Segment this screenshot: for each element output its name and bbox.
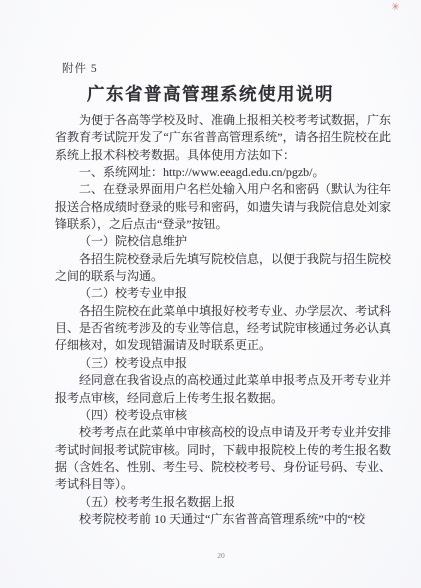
red-ink-mark: ✳: [390, 2, 400, 14]
body-paragraph-section-5: 校考院校考前 10 天通过“广东省普高管理系统”中的“校: [55, 511, 391, 528]
section-heading-1: （一）院校信息维护: [55, 233, 391, 250]
document-page: ✳ 附件 5 广东省普高管理系统使用说明 为便于各高等学校及时、准确上报相关校考…: [0, 0, 421, 588]
body-paragraph-section-3: 经同意在我省设点的高校通过此菜单申报考点及开考专业并报考点审核，经同意后上传考生…: [55, 372, 391, 407]
document-body: 为便于各高等学校及时、准确上报相关校考考试数据，广东省教育考试院开发了“广东省普…: [55, 112, 391, 528]
section-heading-4: （四）校考设点审核: [55, 407, 391, 424]
body-paragraph-system-url: 一、系统网址：http://www.eeagd.edu.cn/pgzb/。: [55, 164, 391, 181]
attachment-label: 附件 5: [62, 60, 98, 76]
document-title: 广东省普高管理系统使用说明: [0, 81, 421, 106]
body-paragraph-section-4: 校考考点在此菜单中审核高校的设点申请及开考专业并安排考试时间报考试院审核。同时，…: [55, 424, 391, 493]
body-paragraph-intro: 为便于各高等学校及时、准确上报相关校考考试数据，广东省教育考试院开发了“广东省普…: [55, 112, 391, 164]
body-paragraph-login: 二、在登录界面用户名栏处输入用户名和密码（默认为往年报送合格成绩时登录的账号和密…: [55, 181, 391, 233]
body-paragraph-section-1: 各招生院校登录后先填写院校信息，以便于我院与招生院校之间的联系与沟通。: [55, 251, 391, 286]
section-heading-5: （五）校考考生报名数据上报: [55, 494, 391, 511]
section-heading-3: （三）校考设点申报: [55, 355, 391, 372]
section-heading-2: （二）校考专业申报: [55, 285, 391, 302]
page-number: 20: [0, 551, 421, 560]
body-paragraph-section-2: 各招生院校在此菜单中填报好校考专业、办学层次、考试科目、是否省统考涉及的专业等信…: [55, 303, 391, 355]
